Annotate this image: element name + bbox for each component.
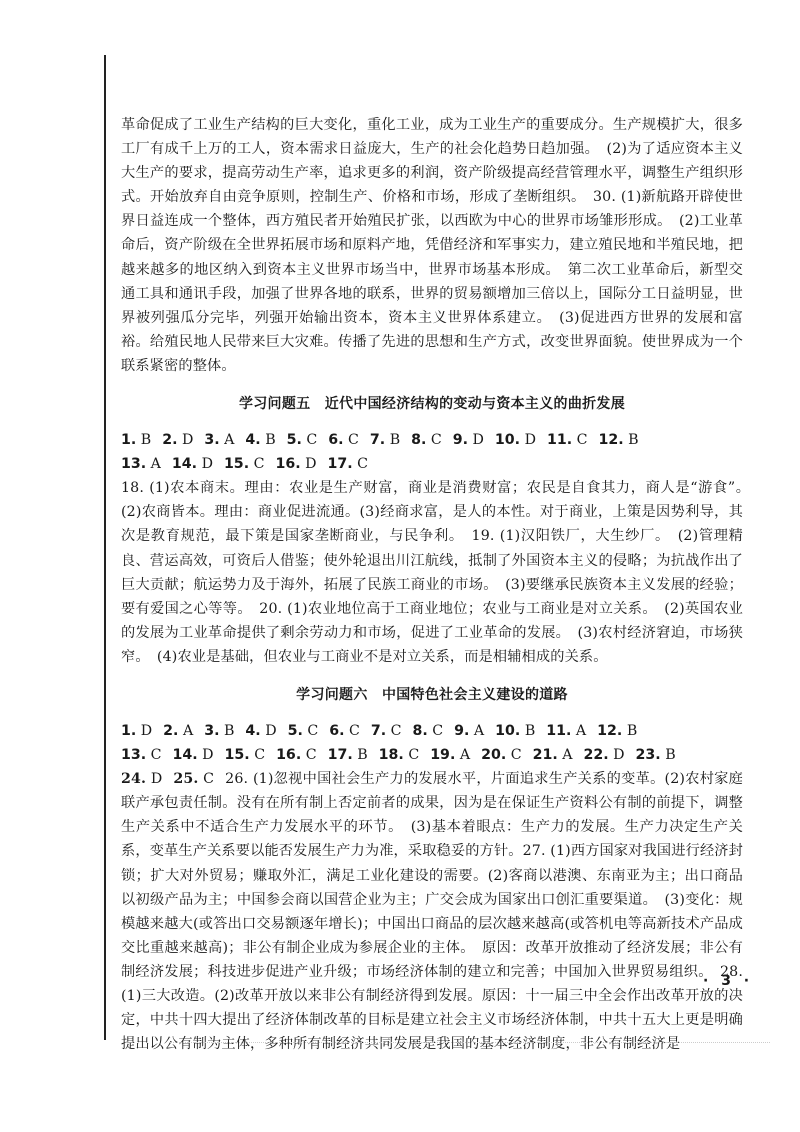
choice-answer: 10. B (495, 719, 535, 743)
section-title: 学习问题六 中国特色社会主义建设的道路 (121, 685, 743, 705)
choice-answer: 13. C (121, 743, 162, 767)
page-number: · 3 · (703, 973, 753, 989)
open-answers: 18. (1)农本商末。理由：农业是生产财富，商业是消费财富；农民是自食其力，商… (121, 476, 743, 669)
choice-answer: 8. C (411, 428, 442, 452)
choice-answer: 2. D (162, 428, 193, 452)
choice-answer: 8. C (412, 719, 443, 743)
choice-answer: 6. C (328, 428, 359, 452)
choice-answer: 15. C (225, 743, 266, 767)
choice-answer: 14. D (172, 452, 213, 476)
choice-answer: 17. B (328, 743, 368, 767)
choice-answer: 2. A (163, 719, 193, 743)
choice-answer: 11. C (547, 428, 588, 452)
choice-answers-row-2: 13. C14. D15. C16. C17. B18. C19. A20. C… (121, 743, 743, 767)
choice-answer: 12. B (597, 719, 637, 743)
choice-answer: 19. A (430, 743, 470, 767)
choice-answer: 12. B (598, 428, 638, 452)
binding-margin-line (104, 55, 106, 1040)
choice-answer: 1. D (121, 719, 152, 743)
choice-answer: 20. C (481, 743, 522, 767)
choice-answer: 3. A (204, 428, 234, 452)
choice-answer: 5. C (288, 719, 319, 743)
choice-answer: 24. D (121, 767, 162, 791)
choice-answer: 9. D (453, 428, 484, 452)
choice-answer: 16. C (276, 743, 317, 767)
choice-answers-row-1: 1. B2. D3. A4. B5. C6. C7. B8. C9. D10. … (121, 428, 743, 452)
choice-answer: 17. C (327, 452, 368, 476)
choice-answer: 11. A (546, 719, 586, 743)
choice-answer: 3. B (204, 719, 234, 743)
choice-answer: 7. C (371, 719, 402, 743)
scan-artifact-line (170, 1042, 770, 1043)
section-6: 学习问题六 中国特色社会主义建设的道路 1. D2. A3. B4. D5. C… (121, 685, 743, 1056)
section-title: 学习问题五 近代中国经济结构的变动与资本主义的曲折发展 (121, 394, 743, 414)
choice-answer: 4. D (245, 719, 276, 743)
choice-answers-row-2: 13. A14. D15. C16. D17. C (121, 452, 743, 476)
intro-paragraph: 革命促成了工业生产结构的巨大变化，重化工业，成为工业生产的重要成分。生产规模扩大… (121, 113, 743, 378)
choice-answer: 10. D (495, 428, 536, 452)
choice-answer: 21. A (533, 743, 573, 767)
choice-answer: 15. C (224, 452, 265, 476)
choice-answer: 6. C (329, 719, 360, 743)
open-answers: 24. D25. C26. (1)忽视中国社会生产力的发展水平，片面追求生产关系… (121, 767, 743, 1056)
choice-answer: 23. B (636, 743, 676, 767)
open-answers-text: 26. (1)忽视中国社会生产力的发展水平，片面追求生产关系的变革。(2)农村家… (121, 771, 743, 1052)
choice-answer: 25. C (173, 767, 214, 791)
choice-answer: 9. A (454, 719, 484, 743)
choice-answer: 14. D (173, 743, 214, 767)
answer-key-page: 革命促成了工业生产结构的巨大变化，重化工业，成为工业生产的重要成分。生产规模扩大… (121, 113, 743, 1056)
choice-answer: 1. B (121, 428, 151, 452)
choice-answer: 18. C (379, 743, 420, 767)
choice-answer: 4. B (245, 428, 275, 452)
choice-answers-row-1: 1. D2. A3. B4. D5. C6. C7. C8. C9. A10. … (121, 719, 743, 743)
choice-answer: 22. D (584, 743, 625, 767)
section-5: 学习问题五 近代中国经济结构的变动与资本主义的曲折发展 1. B2. D3. A… (121, 394, 743, 669)
choice-answer: 7. B (370, 428, 400, 452)
choice-answer: 13. A (121, 452, 161, 476)
choice-answer: 16. D (275, 452, 316, 476)
choice-answer: 5. C (287, 428, 318, 452)
